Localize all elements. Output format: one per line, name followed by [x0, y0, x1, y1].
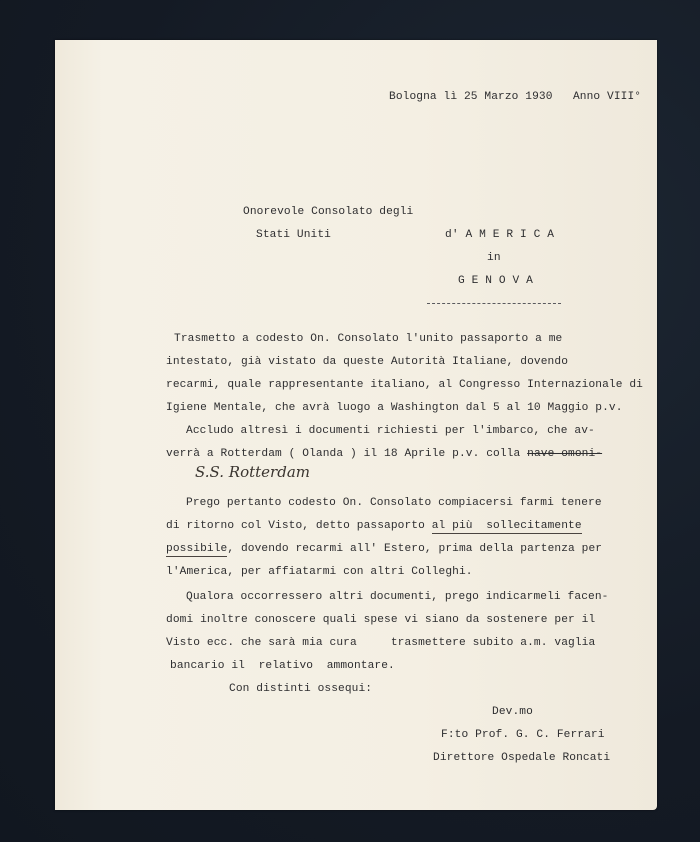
body-p3-line-3-text: , dovendo recarmi all' Estero, prima del… — [227, 543, 602, 555]
closing: Con distinti ossequi: — [229, 683, 372, 695]
body-p1-line-4: Igiene Mentale, che avrà luogo a Washing… — [166, 402, 623, 414]
body-p2-line-2-text: verrà a Rotterdam ( Olanda ) il 18 April… — [166, 448, 527, 460]
body-p2-line-1: Accludo altresì i documenti richiesti pe… — [186, 425, 595, 437]
signature-line-1: Dev.mo — [492, 706, 533, 718]
struck-text: nave omoni- — [527, 448, 602, 460]
date-line: Bologna lì 25 Marzo 1930 Anno VIII° — [389, 91, 641, 103]
body-p3-line-4: l'America, per affiatarmi con altri Coll… — [166, 566, 473, 578]
underlined-text: al più sollecitamente — [432, 520, 582, 534]
addressee-country: d' A M E R I C A — [445, 229, 554, 241]
underlined-text-2: possibile — [166, 543, 227, 557]
body-p3-line-1: Prego pertanto codesto On. Consolato com… — [186, 497, 602, 509]
handwritten-ship-name: S.S. Rotterdam — [195, 463, 310, 481]
body-p1-line-2: intestato, già vistato da queste Autorit… — [166, 356, 568, 368]
body-p1-line-3: recarmi, quale rappresentante italiano, … — [166, 379, 643, 391]
addressee-line-2: Stati Uniti — [256, 229, 331, 241]
body-p1-line-1: Trasmetto a codesto On. Consolato l'unit… — [174, 333, 562, 345]
signature-line-2: F:to Prof. G. C. Ferrari — [441, 729, 605, 741]
address-divider — [427, 303, 561, 304]
addressee-line-1: Onorevole Consolato degli — [243, 206, 413, 218]
body-p4-line-2: domi inoltre conoscere quali spese vi si… — [166, 614, 595, 626]
signature-line-3: Direttore Ospedale Roncati — [433, 752, 610, 764]
body-p3-line-2-text: di ritorno col Visto, detto passaporto — [166, 520, 432, 532]
body-p4-line-3: Visto ecc. che sarà mia cura trasmettere… — [166, 637, 595, 649]
body-p2-line-2: verrà a Rotterdam ( Olanda ) il 18 April… — [166, 448, 602, 460]
body-p3-line-3: possibile, dovendo recarmi all' Estero, … — [166, 543, 602, 555]
body-p3-line-2: di ritorno col Visto, detto passaporto a… — [166, 520, 582, 532]
addressee-in: in — [487, 252, 501, 264]
body-p4-line-4: bancario il relativo ammontare. — [170, 660, 395, 672]
body-p4-line-1: Qualora occorressero altri documenti, pr… — [186, 591, 608, 603]
addressee-city: G E N O V A — [458, 275, 533, 287]
